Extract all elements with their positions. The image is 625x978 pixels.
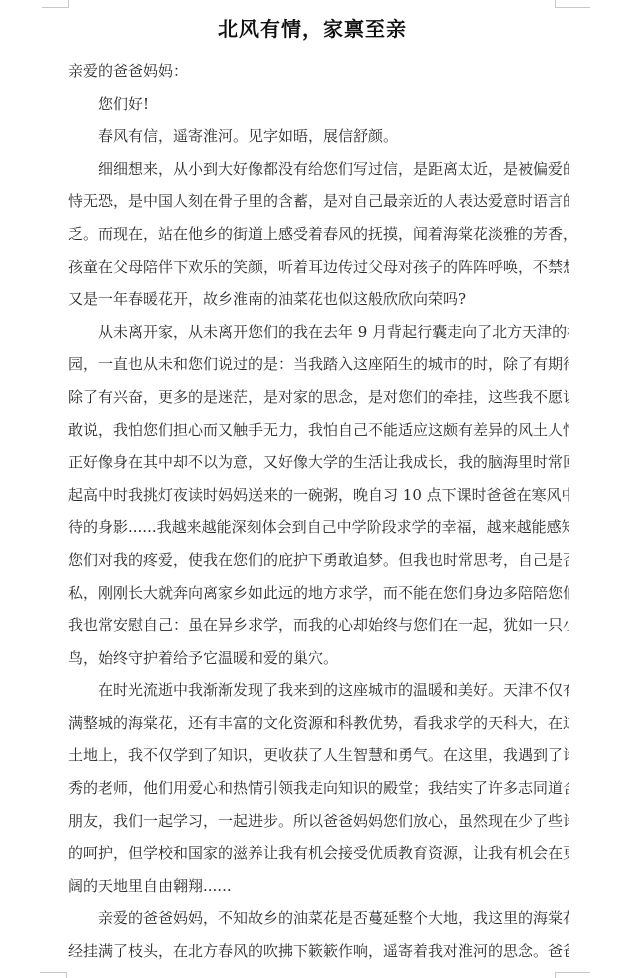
text-line: 秀的老师，他们用爱心和热情引领我走向知识的殿堂；我结实了许多志同道合的 <box>68 772 569 805</box>
paragraph: 从未离开家，从未离开您们的我在去年 9 月背起行囊走向了北方天津的校园，一直也从… <box>68 316 569 675</box>
page-corner-mark-bottom-right <box>555 972 590 978</box>
text-line: 您们对我的疼爱，使我在您们的庇护下勇敢追梦。但我也时常思考，自己是否自 <box>68 544 569 577</box>
page-corner-mark-top-right <box>555 0 590 8</box>
text-line: 孩童在父母陪伴下欢乐的笑颜，听着耳边传过父母对孩子的阵阵呼唤，不禁想起 <box>68 251 569 284</box>
text-line: 经挂满了枝头，在北方春风的吹拂下簌簌作响，遥寄着我对淮河的思念。爸爸妈 <box>68 935 569 968</box>
text-line: 阔的天地里自由翱翔...... <box>68 870 569 903</box>
letter-body: 亲爱的爸爸妈妈： 您们好! 春风有信，遥寄淮河。见字如晤，展信舒颜。细细想来，从… <box>68 55 569 968</box>
text-line: 起高中时我挑灯夜读时妈妈送来的一碗粥，晚自习 10 点下课时爸爸在寒风中等 <box>68 479 569 512</box>
page-corner-mark-bottom-left <box>40 972 67 978</box>
paragraphs: 春风有信，遥寄淮河。见字如晤，展信舒颜。细细想来，从小到大好像都没有给您们写过信… <box>68 120 569 967</box>
document-title: 北风有情，家禀至亲 <box>0 14 625 44</box>
text-line: 春风有信，遥寄淮河。见字如晤，展信舒颜。 <box>68 120 569 153</box>
text-line: 除了有兴奋，更多的是迷茫，是对家的思念，是对您们的牵挂，这些我不愿说也不 <box>68 381 569 414</box>
text-line: 土地上，我不仅学到了知识，更收获了人生智慧和勇气。在这里，我遇到了许多优 <box>68 739 569 772</box>
paragraph: 春风有信，遥寄淮河。见字如晤，展信舒颜。 <box>68 120 569 153</box>
text-line: 的呵护，但学校和国家的滋养让我有机会接受优质教育资源，让我有机会在更广 <box>68 837 569 870</box>
text-line: 亲爱的爸爸妈妈，不知故乡的油菜花是否蔓延整个大地，我这里的海棠花已 <box>68 902 569 935</box>
paragraph: 亲爱的爸爸妈妈，不知故乡的油菜花是否蔓延整个大地，我这里的海棠花已经挂满了枝头，… <box>68 902 569 967</box>
text-line: 在时光流逝中我渐渐发现了我来到的这座城市的温暖和美好。天津不仅有开 <box>68 674 569 707</box>
paragraph: 在时光流逝中我渐渐发现了我来到的这座城市的温暖和美好。天津不仅有开满整城的海棠花… <box>68 674 569 902</box>
greeting: 您们好! <box>68 88 569 121</box>
text-line: 乏。而现在，站在他乡的街道上感受着春风的抚摸，闻着海棠花淡雅的芳香，看着 <box>68 218 569 251</box>
text-line: 正好像身在其中却不以为意，又好像大学的生活让我成长，我的脑海里时常回忆 <box>68 446 569 479</box>
text-line: 待的身影......我越来越能深刻体会到自己中学阶段求学的幸福，越来越能感知到 <box>68 511 569 544</box>
text-line: 我也常安慰自己：虽在异乡求学，而我的心却始终与您们在一起，犹如一只小 <box>68 609 569 642</box>
text-line: 又是一年春暖花开，故乡淮南的油菜花也似这般欣欣向荣吗? <box>68 283 569 316</box>
text-line: 满整城的海棠花，还有丰富的文化资源和科教优势，看我求学的天科大，在这片 <box>68 707 569 740</box>
text-line: 敢说，我怕您们担心而又触手无力，我怕自己不能适应这颇有差异的风土人情。 <box>68 414 569 447</box>
text-line: 园，一直也从未和您们说过的是：当我踏入这座陌生的城市的时，除了有期待， <box>68 348 569 381</box>
text-line: 鸟，始终守护着给予它温暖和爱的巢穴。 <box>68 642 569 675</box>
paragraph: 细细想来，从小到大好像都没有给您们写过信，是距离太近，是被偏爱的有恃无恐，是中国… <box>68 153 569 316</box>
text-line: 细细想来，从小到大好像都没有给您们写过信，是距离太近，是被偏爱的有 <box>68 153 569 186</box>
text-line: 从未离开家，从未离开您们的我在去年 9 月背起行囊走向了北方天津的校 <box>68 316 569 349</box>
text-line: 私，刚刚长大就奔向离家乡如此远的地方求学，而不能在您们身边多陪陪您们。 <box>68 577 569 610</box>
text-line: 恃无恐，是中国人刻在骨子里的含蓄，是对自己最亲近的人表达爱意时语言的匮 <box>68 185 569 218</box>
salutation: 亲爱的爸爸妈妈： <box>68 55 569 88</box>
page-corner-mark-top-left <box>42 0 69 8</box>
text-line: 朋友，我们一起学习，一起进步。所以爸爸妈妈您们放心，虽然现在少了些许您们 <box>68 805 569 838</box>
